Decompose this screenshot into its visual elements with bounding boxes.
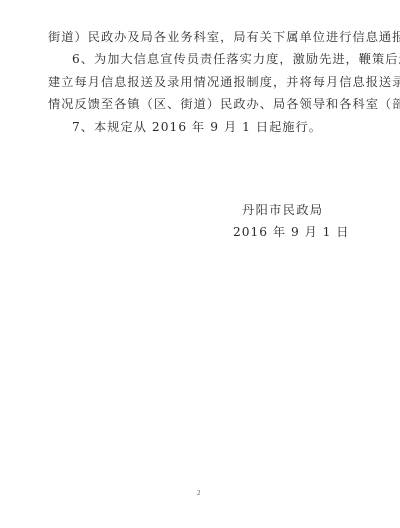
paragraph-6-line-1: 6、为加大信息宣传员责任落实力度，激励先进，鞭策后进， (72, 51, 354, 67)
signature-date: 2016 年 9 月 1 日 (233, 224, 349, 240)
paragraph-6-line-3: 情况反馈至各镇（区、街道）民政办、局各领导和各科室（部门）； (48, 96, 354, 112)
page-number: 2 (197, 489, 201, 497)
paragraph-7: 7、本规定从 2016 年 9 月 1 日起施行。 (72, 119, 322, 135)
signature-organization: 丹阳市民政局 (242, 202, 324, 218)
paragraph-5-continuation-line: 街道）民政办及局各业务科室，局有关下属单位进行信息通报。 (48, 29, 354, 45)
paragraph-6-line-2: 建立每月信息报送及录用情况通报制度，并将每月信息报送录用 (48, 74, 354, 90)
document-page: 街道）民政办及局各业务科室，局有关下属单位进行信息通报。 6、为加大信息宣传员责… (0, 0, 400, 528)
